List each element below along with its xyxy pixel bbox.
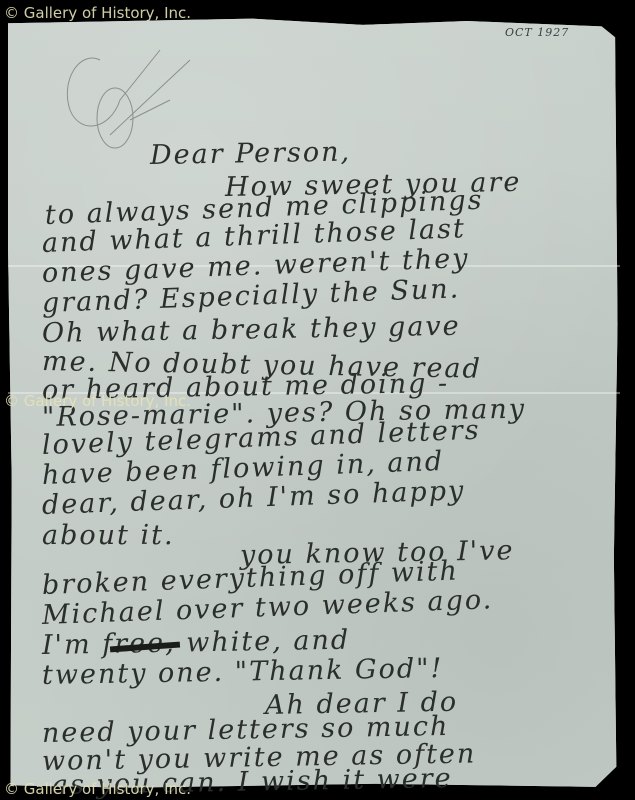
date-annotation: OCT 1927 xyxy=(505,26,569,39)
letter-line: Dear Person, xyxy=(150,136,352,171)
watermark-top: © Gallery of History, Inc. xyxy=(4,4,191,22)
letter-line: about it. xyxy=(42,520,175,551)
pencil-signature-icon xyxy=(40,40,200,150)
watermark-middle: © Gallery of History, Inc. xyxy=(4,392,191,410)
watermark-bottom: © Gallery of History, Inc. xyxy=(4,780,191,798)
